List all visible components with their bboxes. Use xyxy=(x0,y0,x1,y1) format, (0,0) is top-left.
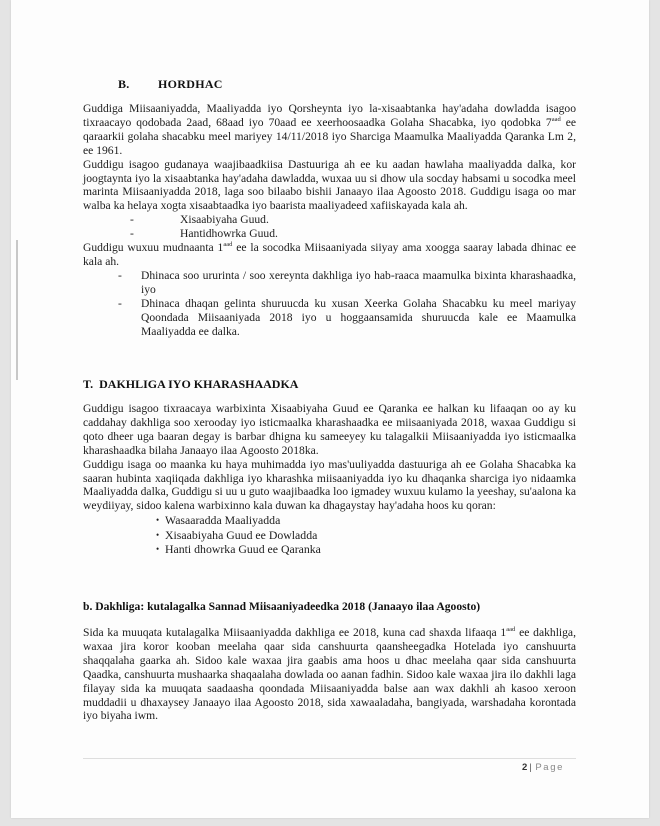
list-item: •Xisaabiyaha Guud ee Dowladda xyxy=(83,528,576,542)
dash-bullet-icon: - xyxy=(130,213,134,227)
page-edge-rule xyxy=(16,240,18,380)
bullet-dot-icon: • xyxy=(156,542,159,556)
dash-bullet-icon: - xyxy=(118,297,122,311)
dash-bullet-icon: - xyxy=(118,269,122,283)
section-number: B. xyxy=(118,78,158,92)
bullet-dot-icon: • xyxy=(156,513,159,527)
section-title: HORDHAC xyxy=(158,77,223,91)
list-item: -Hantidhowrka Guud. xyxy=(83,227,576,241)
section-heading-dakhliga: T. DAKHLIGA IYO KHARASHAADKA xyxy=(83,378,298,392)
document-page: B.HORDHAC Guddiga Miisaaniyadda, Maaliya… xyxy=(11,0,649,818)
section-heading-hordhac: B.HORDHAC xyxy=(118,78,223,92)
revenue-section: Sida ka muuqata kutalagalka Miisaaniyadd… xyxy=(83,626,576,723)
hordhac-section: Guddiga Miisaaniyadda, Maaliyadda iyo Qo… xyxy=(83,102,576,338)
paragraph: Guddiga Miisaaniyadda, Maaliyadda iyo Qo… xyxy=(83,102,576,158)
priority-list: -Dhinaca soo ururinta / soo xereynta dak… xyxy=(83,269,576,339)
office-list: -Xisaabiyaha Guud. -Hantidhowrka Guud. xyxy=(83,213,576,241)
footer-divider xyxy=(83,758,576,759)
dash-bullet-icon: - xyxy=(130,227,134,241)
paragraph: Guddigu isagoo tixraacaya warbixinta Xis… xyxy=(83,402,576,458)
list-item: -Dhinaca soo ururinta / soo xereynta dak… xyxy=(83,269,576,297)
paragraph: Guddigu isaga oo maanka ku haya muhimadd… xyxy=(83,458,576,514)
page-number: 2 xyxy=(522,762,527,773)
list-item: -Dhinaca dhaqan gelinta shuruucda ku xus… xyxy=(83,297,576,339)
page-label: Page xyxy=(535,762,564,773)
bullet-dot-icon: • xyxy=(156,528,159,542)
list-item: •Hanti dhowrka Guud ee Qaranka xyxy=(83,542,576,556)
paragraph: Sida ka muuqata kutalagalka Miisaaniyadd… xyxy=(83,626,576,723)
list-item: •Wasaaradda Maaliyadda xyxy=(83,513,576,527)
page-footer: 2|Page xyxy=(522,762,564,773)
subsection-heading-revenue: b. Dakhliga: kutalagalka Sannad Miisaani… xyxy=(83,600,480,614)
footer-separator: | xyxy=(529,762,533,773)
paragraph: Guddigu isagoo gudanaya waajibaadkiisa D… xyxy=(83,158,576,214)
institution-list: •Wasaaradda Maaliyadda •Xisaabiyaha Guud… xyxy=(83,513,576,556)
list-item: -Xisaabiyaha Guud. xyxy=(83,213,576,227)
dakhliga-section: Guddigu isagoo tixraacaya warbixinta Xis… xyxy=(83,402,576,556)
paragraph: Guddigu wuxuu mudnaanta 1aad ee la socod… xyxy=(83,241,576,269)
